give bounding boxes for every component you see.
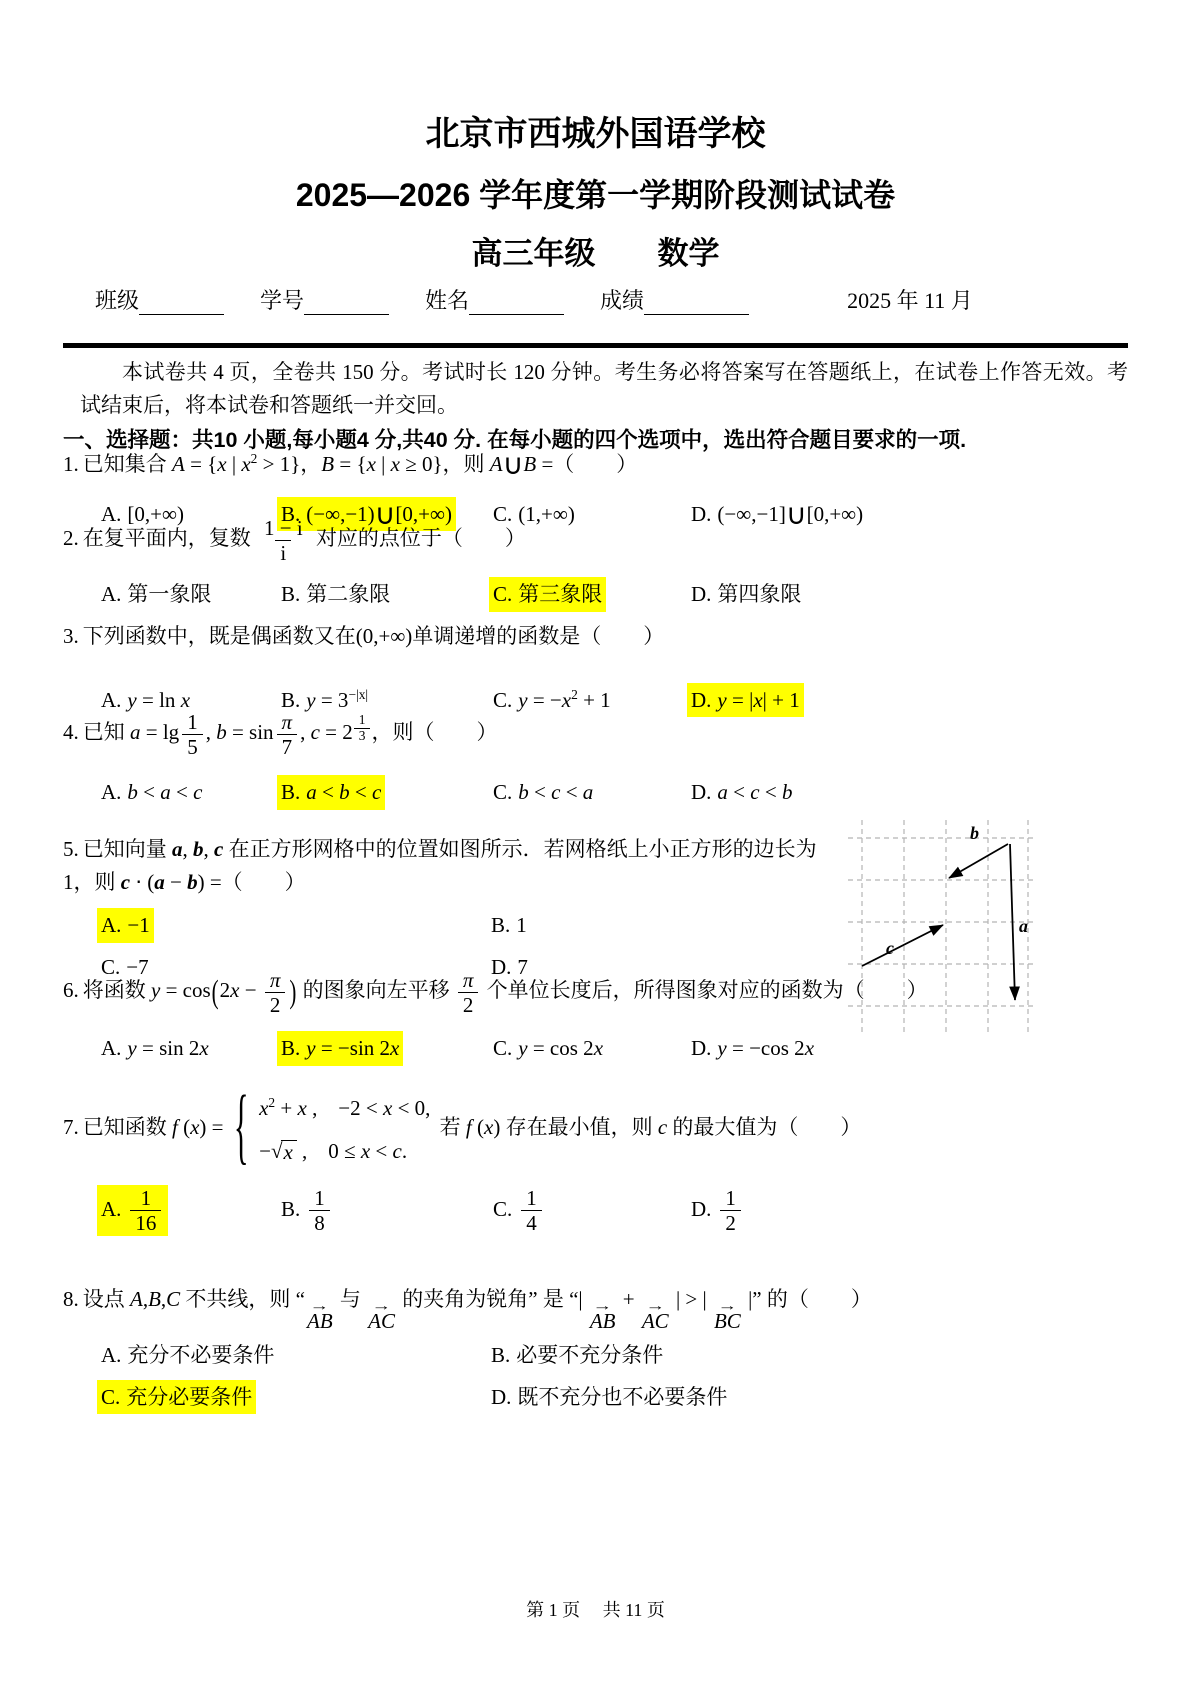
page-footer: 第 1 页 共 11 页 [0, 1596, 1191, 1622]
option-content: 12 [717, 1197, 744, 1221]
options-row: A.充分不必要条件B.必要不充分条件C.充分必要条件D.既不充分也不必要条件 [63, 1338, 1128, 1414]
options-row: A.第一象限B.第二象限C.第三象限D.第四象限 [63, 577, 1128, 612]
option-B: B.第二象限 [277, 577, 489, 612]
option-label: A. [101, 688, 121, 712]
question-stem: 8.设点 A,B,C 不共线，则 “→AB 与 →AC 的夹角为锐角” 是 “|… [63, 1283, 1128, 1332]
math-fraction: 18 [309, 1186, 330, 1235]
option-content: 必要不充分条件 [516, 1343, 663, 1367]
option-content: y = −sin 2x [306, 1036, 399, 1060]
option-body: C.b < c < a [489, 775, 597, 810]
option-label: B. [281, 688, 300, 712]
option-label: C. [493, 688, 512, 712]
option-D: D.第四象限 [687, 577, 1128, 612]
option-label: C. [101, 1385, 120, 1409]
option-label: B. [281, 582, 300, 606]
option-A: A.116 [97, 1185, 277, 1236]
option-body: D.既不充分也不必要条件 [487, 1380, 731, 1415]
option-body: D.第四象限 [687, 577, 805, 612]
option-body: A.y = sin 2x [97, 1031, 213, 1066]
option-body: B.第二象限 [277, 577, 394, 612]
vector-notation: →AC [642, 1301, 669, 1332]
option-B: B.a < b < c [277, 775, 489, 810]
option-label: D. [691, 780, 711, 804]
option-body: C.y = cos 2x [489, 1031, 607, 1066]
option-content: a < c < b [717, 780, 792, 804]
option-C: C.第三象限 [489, 577, 687, 612]
exam-page: 北京市西城外国语学校 2025—2026 学年度第一学期阶段测试试卷 高三年级 … [0, 0, 1191, 1684]
option-body: B.必要不充分条件 [487, 1338, 667, 1373]
option-label: C. [493, 1036, 512, 1060]
question-text: 已知向量 a, b, c 在正方形网格中的位置如图所示．若网格纸上小正方形的边长… [63, 837, 817, 894]
option-label: B. [491, 1343, 510, 1367]
option-content: 充分必要条件 [126, 1385, 252, 1409]
question-text: 已知函数 f (x) = {x2 + x , −2 < x < 0,−√x , … [83, 1115, 862, 1139]
vector-c-label: c [886, 938, 894, 958]
option-content: 116 [127, 1197, 164, 1221]
vector-notation: →BC [714, 1301, 741, 1332]
option-content: 第三象限 [518, 582, 602, 606]
vector-c-arrow [862, 925, 943, 966]
vector-notation: →AC [368, 1301, 395, 1332]
question-text: 在复平面内，复数 1 − ii 对应的点位于（ ） [83, 526, 526, 550]
option-content: y = −cos 2x [717, 1036, 814, 1060]
piecewise-function: {x2 + x , −2 < x < 0,−√x , 0 ≤ x < c. [233, 1092, 431, 1167]
option-label: C. [493, 582, 512, 606]
option-A: A.第一象限 [97, 577, 277, 612]
question-2: 2.在复平面内，复数 1 − ii 对应的点位于（ ）A.第一象限B.第二象限C… [63, 516, 1128, 612]
highlighted-answer: B.y = −sin 2x [277, 1031, 403, 1066]
option-A: A.y = sin 2x [97, 1031, 277, 1066]
option-label: A. [101, 1343, 121, 1367]
option-D: D.a < c < b [687, 775, 1128, 810]
option-content: y = sin 2x [127, 1036, 208, 1060]
question-7: 7.已知函数 f (x) = {x2 + x , −2 < x < 0,−√x … [63, 1092, 1128, 1236]
option-label: D. [691, 1036, 711, 1060]
option-content: b < c < a [518, 780, 593, 804]
question-number: 3. [63, 624, 79, 648]
option-C: C.充分必要条件 [97, 1380, 487, 1415]
option-body: B.18 [277, 1185, 337, 1236]
question-number: 6. [63, 978, 79, 1002]
question-stem: 5.已知向量 a, b, c 在正方形网格中的位置如图所示．若网格纸上小正方形的… [63, 833, 841, 898]
highlighted-answer: C.充分必要条件 [97, 1380, 256, 1415]
question-text: 设点 A,B,C 不共线，则 “→AB 与 →AC 的夹角为锐角” 是 “| →… [83, 1287, 872, 1311]
option-B: B.y = −sin 2x [277, 1031, 489, 1066]
option-content: 充分不必要条件 [127, 1343, 274, 1367]
option-label: A. [101, 913, 121, 937]
math-fraction: 13 [354, 713, 371, 744]
option-label: A. [101, 1036, 121, 1060]
question-number: 1. [63, 452, 79, 476]
math-fraction: 15 [182, 710, 203, 759]
option-content: 第二象限 [306, 582, 390, 606]
question-number: 4. [63, 720, 79, 744]
option-label: A. [101, 780, 121, 804]
highlighted-answer: A.116 [97, 1185, 168, 1236]
option-content: a < b < c [306, 780, 381, 804]
vector-grid-figure: b a c [848, 820, 1033, 1037]
question-number: 2. [63, 526, 79, 550]
option-A: A.b < a < c [97, 775, 277, 810]
vector-b-label: b [970, 823, 979, 843]
vector-notation: →AB [590, 1301, 616, 1332]
option-D: D.12 [687, 1185, 1128, 1236]
option-C: C.b < c < a [489, 775, 687, 810]
question-number: 8. [63, 1287, 79, 1311]
option-body: D.a < c < b [687, 775, 796, 810]
option-content: 既不充分也不必要条件 [517, 1385, 727, 1409]
option-content: y = ln x [127, 688, 190, 712]
math-fraction: 1 − ii [259, 516, 308, 565]
option-label: A. [101, 1197, 121, 1221]
math-fraction: 12 [720, 1186, 741, 1235]
option-body: D.y = −cos 2x [687, 1031, 818, 1066]
options-row: A.116B.18C.14D.12 [63, 1185, 1128, 1236]
vector-notation: →AB [307, 1301, 333, 1332]
math-fraction: π2 [458, 968, 479, 1017]
option-label: B. [281, 1197, 300, 1221]
options-row: A.b < a < cB.a < b < cC.b < c < aD.a < c… [63, 775, 1128, 810]
option-B: B.必要不充分条件 [487, 1338, 1128, 1373]
question-4: 4.已知 a = lg15, b = sinπ7, c = 213，则（ ）A.… [63, 710, 1128, 810]
question-stem: 2.在复平面内，复数 1 − ii 对应的点位于（ ） [63, 516, 1128, 565]
question-stem: 3.下列函数中，既是偶函数又在(0,+∞)单调递增的函数是（ ） [63, 620, 1128, 653]
vector-a-label: a [1019, 916, 1028, 936]
option-body: D.12 [687, 1185, 748, 1236]
question-number: 5. [63, 837, 79, 861]
option-label: B. [281, 780, 300, 804]
question-text: 已知 a = lg15, b = sinπ7, c = 213，则（ ） [83, 720, 498, 744]
vector-b-arrow [949, 844, 1008, 878]
question-3: 3.下列函数中，既是偶函数又在(0,+∞)单调递增的函数是（ ）A.y = ln… [63, 620, 1128, 717]
math-fraction: π2 [265, 968, 286, 1017]
math-fraction: 116 [130, 1186, 161, 1235]
option-content: 第四象限 [717, 582, 801, 606]
option-D: D.既不充分也不必要条件 [487, 1380, 1128, 1415]
option-label: D. [691, 688, 711, 712]
option-label: B. [491, 913, 510, 937]
option-label: B. [281, 1036, 300, 1060]
option-body: A.充分不必要条件 [97, 1338, 278, 1373]
option-A: A.−1 [97, 908, 487, 943]
question-stem: 4.已知 a = lg15, b = sinπ7, c = 213，则（ ） [63, 710, 1128, 759]
option-label: D. [491, 1385, 511, 1409]
highlighted-answer: B.a < b < c [277, 775, 385, 810]
question-text: 将函数 y = cos(2x − π2) 的图象向左平移 π2 个单位长度后，所… [83, 978, 928, 1002]
option-content: y = −x2 + 1 [518, 688, 610, 712]
math-fraction: π7 [277, 710, 298, 759]
option-content: 18 [306, 1197, 333, 1221]
option-content: 第一象限 [127, 582, 211, 606]
option-content: y = 3−|x| [306, 688, 368, 712]
option-body: A.第一象限 [97, 577, 215, 612]
option-content: −1 [127, 913, 149, 937]
option-C: C.14 [489, 1185, 687, 1236]
option-body: A.b < a < c [97, 775, 206, 810]
question-stem: 7.已知函数 f (x) = {x2 + x , −2 < x < 0,−√x … [63, 1092, 1128, 1167]
option-B: B.18 [277, 1185, 489, 1236]
math-fraction: 14 [521, 1186, 542, 1235]
option-label: A. [101, 582, 121, 606]
option-content: y = |x| + 1 [717, 688, 799, 712]
math-radical: √x [271, 1140, 297, 1164]
option-label: C. [493, 1197, 512, 1221]
option-A: A.充分不必要条件 [97, 1338, 487, 1373]
vector-grid-svg: b a c [848, 820, 1033, 1032]
question-text: 下列函数中，既是偶函数又在(0,+∞)单调递增的函数是（ ） [83, 624, 665, 648]
option-content: b < a < c [127, 780, 202, 804]
option-label: D. [691, 582, 711, 606]
question-stem: 1.已知集合 A = {x | x2 > 1}，B = {x | x ≥ 0}，… [63, 448, 1128, 481]
option-body: C.14 [489, 1185, 549, 1236]
question-8: 8.设点 A,B,C 不共线，则 “→AB 与 →AC 的夹角为锐角” 是 “|… [63, 1283, 1128, 1414]
option-content: 1 [516, 913, 527, 937]
highlighted-answer: A.−1 [97, 908, 154, 943]
option-content: 14 [518, 1197, 545, 1221]
option-body: B.1 [487, 908, 531, 943]
question-text: 已知集合 A = {x | x2 > 1}，B = {x | x ≥ 0}，则 … [83, 452, 638, 476]
question-number: 7. [63, 1115, 79, 1139]
highlighted-answer: C.第三象限 [489, 577, 606, 612]
option-content: y = cos 2x [518, 1036, 603, 1060]
option-label: D. [691, 1197, 711, 1221]
option-label: C. [493, 780, 512, 804]
option-C: C.y = cos 2x [489, 1031, 687, 1066]
